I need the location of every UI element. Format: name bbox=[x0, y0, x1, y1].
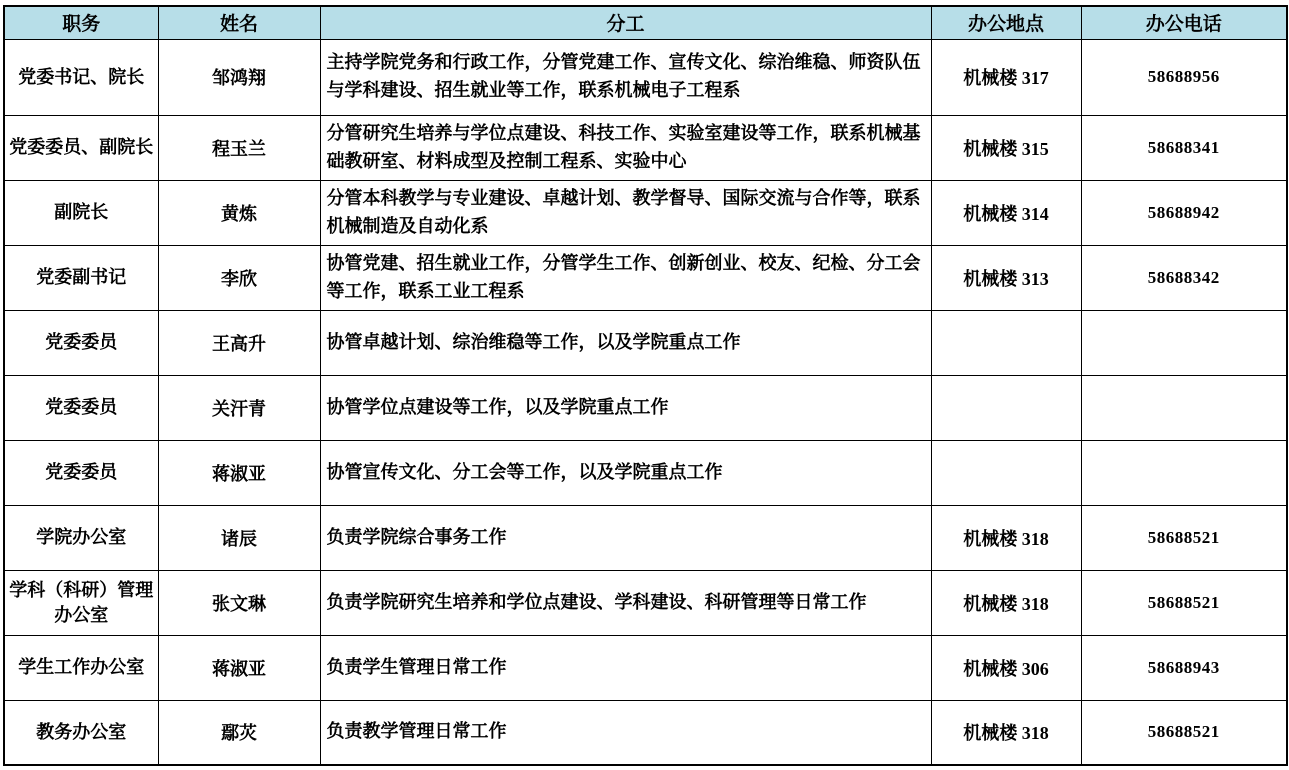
table-header-row: 职务 姓名 分工 办公地点 办公电话 bbox=[4, 6, 1287, 39]
duty-cell: 主持学院党务和行政工作，分管党建工作、宣传文化、综治维稳、师资队伍与学科建设、招… bbox=[320, 39, 931, 115]
position-cell: 党委书记、院长 bbox=[4, 39, 158, 115]
duty-cell: 分管本科教学与专业建设、卓越计划、教学督导、国际交流与合作等，联系机械制造及自动… bbox=[320, 180, 931, 245]
table-row: 党委书记、院长 邹鸿翔 主持学院党务和行政工作，分管党建工作、宣传文化、综治维稳… bbox=[4, 39, 1287, 115]
duty-cell: 协管学位点建设等工作，以及学院重点工作 bbox=[320, 375, 931, 440]
name-cell: 张文琳 bbox=[158, 570, 320, 635]
position-cell: 党委委员 bbox=[4, 375, 158, 440]
header-office: 办公地点 bbox=[931, 6, 1081, 39]
table-row: 党委委员 关汗青 协管学位点建设等工作，以及学院重点工作 bbox=[4, 375, 1287, 440]
position-cell: 党委副书记 bbox=[4, 245, 158, 310]
office-cell: 机械楼 315 bbox=[931, 115, 1081, 180]
phone-cell bbox=[1081, 310, 1287, 375]
name-cell: 邹鸿翔 bbox=[158, 39, 320, 115]
office-cell: 机械楼 318 bbox=[931, 570, 1081, 635]
office-cell bbox=[931, 440, 1081, 505]
phone-cell: 58688943 bbox=[1081, 635, 1287, 700]
position-cell: 副院长 bbox=[4, 180, 158, 245]
duty-cell: 协管宣传文化、分工会等工作，以及学院重点工作 bbox=[320, 440, 931, 505]
table-row: 副院长 黄炼 分管本科教学与专业建设、卓越计划、教学督导、国际交流与合作等，联系… bbox=[4, 180, 1287, 245]
table-row: 学院办公室 诸辰 负责学院综合事务工作 机械楼 318 58688521 bbox=[4, 505, 1287, 570]
phone-cell: 58688956 bbox=[1081, 39, 1287, 115]
office-cell: 机械楼 306 bbox=[931, 635, 1081, 700]
table-row: 学科（科研）管理办公室 张文琳 负责学院研究生培养和学位点建设、学科建设、科研管… bbox=[4, 570, 1287, 635]
duty-cell: 协管卓越计划、综治维稳等工作，以及学院重点工作 bbox=[320, 310, 931, 375]
table-row: 党委委员、副院长 程玉兰 分管研究生培养与学位点建设、科技工作、实验室建设等工作… bbox=[4, 115, 1287, 180]
table-row: 学生工作办公室 蒋淑亚 负责学生管理日常工作 机械楼 306 58688943 bbox=[4, 635, 1287, 700]
position-cell: 教务办公室 bbox=[4, 700, 158, 765]
staff-duty-table: 职务 姓名 分工 办公地点 办公电话 党委书记、院长 邹鸿翔 主持学院党务和行政… bbox=[3, 5, 1288, 766]
phone-cell: 58688521 bbox=[1081, 570, 1287, 635]
office-cell: 机械楼 318 bbox=[931, 505, 1081, 570]
name-cell: 蒋淑亚 bbox=[158, 440, 320, 505]
position-cell: 学科（科研）管理办公室 bbox=[4, 570, 158, 635]
table-row: 党委副书记 李欣 协管党建、招生就业工作，分管学生工作、创新创业、校友、纪检、分… bbox=[4, 245, 1287, 310]
name-cell: 程玉兰 bbox=[158, 115, 320, 180]
header-name: 姓名 bbox=[158, 6, 320, 39]
duty-cell: 分管研究生培养与学位点建设、科技工作、实验室建设等工作，联系机械基础教研室、材料… bbox=[320, 115, 931, 180]
phone-cell: 58688341 bbox=[1081, 115, 1287, 180]
table-row: 党委委员 王高升 协管卓越计划、综治维稳等工作，以及学院重点工作 bbox=[4, 310, 1287, 375]
table-row: 教务办公室 鄢苂 负责教学管理日常工作 机械楼 318 58688521 bbox=[4, 700, 1287, 765]
phone-cell: 58688521 bbox=[1081, 505, 1287, 570]
position-cell: 学院办公室 bbox=[4, 505, 158, 570]
name-cell: 蒋淑亚 bbox=[158, 635, 320, 700]
phone-cell: 58688342 bbox=[1081, 245, 1287, 310]
office-cell: 机械楼 318 bbox=[931, 700, 1081, 765]
office-cell: 机械楼 313 bbox=[931, 245, 1081, 310]
header-duty: 分工 bbox=[320, 6, 931, 39]
duty-cell: 负责学生管理日常工作 bbox=[320, 635, 931, 700]
duty-cell: 负责教学管理日常工作 bbox=[320, 700, 931, 765]
phone-cell bbox=[1081, 440, 1287, 505]
name-cell: 李欣 bbox=[158, 245, 320, 310]
position-cell: 党委委员 bbox=[4, 440, 158, 505]
header-phone: 办公电话 bbox=[1081, 6, 1287, 39]
duty-cell: 负责学院研究生培养和学位点建设、学科建设、科研管理等日常工作 bbox=[320, 570, 931, 635]
name-cell: 关汗青 bbox=[158, 375, 320, 440]
position-cell: 学生工作办公室 bbox=[4, 635, 158, 700]
page: 职务 姓名 分工 办公地点 办公电话 党委书记、院长 邹鸿翔 主持学院党务和行政… bbox=[0, 0, 1289, 770]
phone-cell: 58688521 bbox=[1081, 700, 1287, 765]
name-cell: 诸辰 bbox=[158, 505, 320, 570]
header-position: 职务 bbox=[4, 6, 158, 39]
office-cell bbox=[931, 310, 1081, 375]
position-cell: 党委委员、副院长 bbox=[4, 115, 158, 180]
office-cell: 机械楼 314 bbox=[931, 180, 1081, 245]
name-cell: 王高升 bbox=[158, 310, 320, 375]
duty-cell: 协管党建、招生就业工作，分管学生工作、创新创业、校友、纪检、分工会等工作，联系工… bbox=[320, 245, 931, 310]
position-cell: 党委委员 bbox=[4, 310, 158, 375]
phone-cell: 58688942 bbox=[1081, 180, 1287, 245]
office-cell: 机械楼 317 bbox=[931, 39, 1081, 115]
office-cell bbox=[931, 375, 1081, 440]
table-row: 党委委员 蒋淑亚 协管宣传文化、分工会等工作，以及学院重点工作 bbox=[4, 440, 1287, 505]
name-cell: 黄炼 bbox=[158, 180, 320, 245]
phone-cell bbox=[1081, 375, 1287, 440]
duty-cell: 负责学院综合事务工作 bbox=[320, 505, 931, 570]
name-cell: 鄢苂 bbox=[158, 700, 320, 765]
